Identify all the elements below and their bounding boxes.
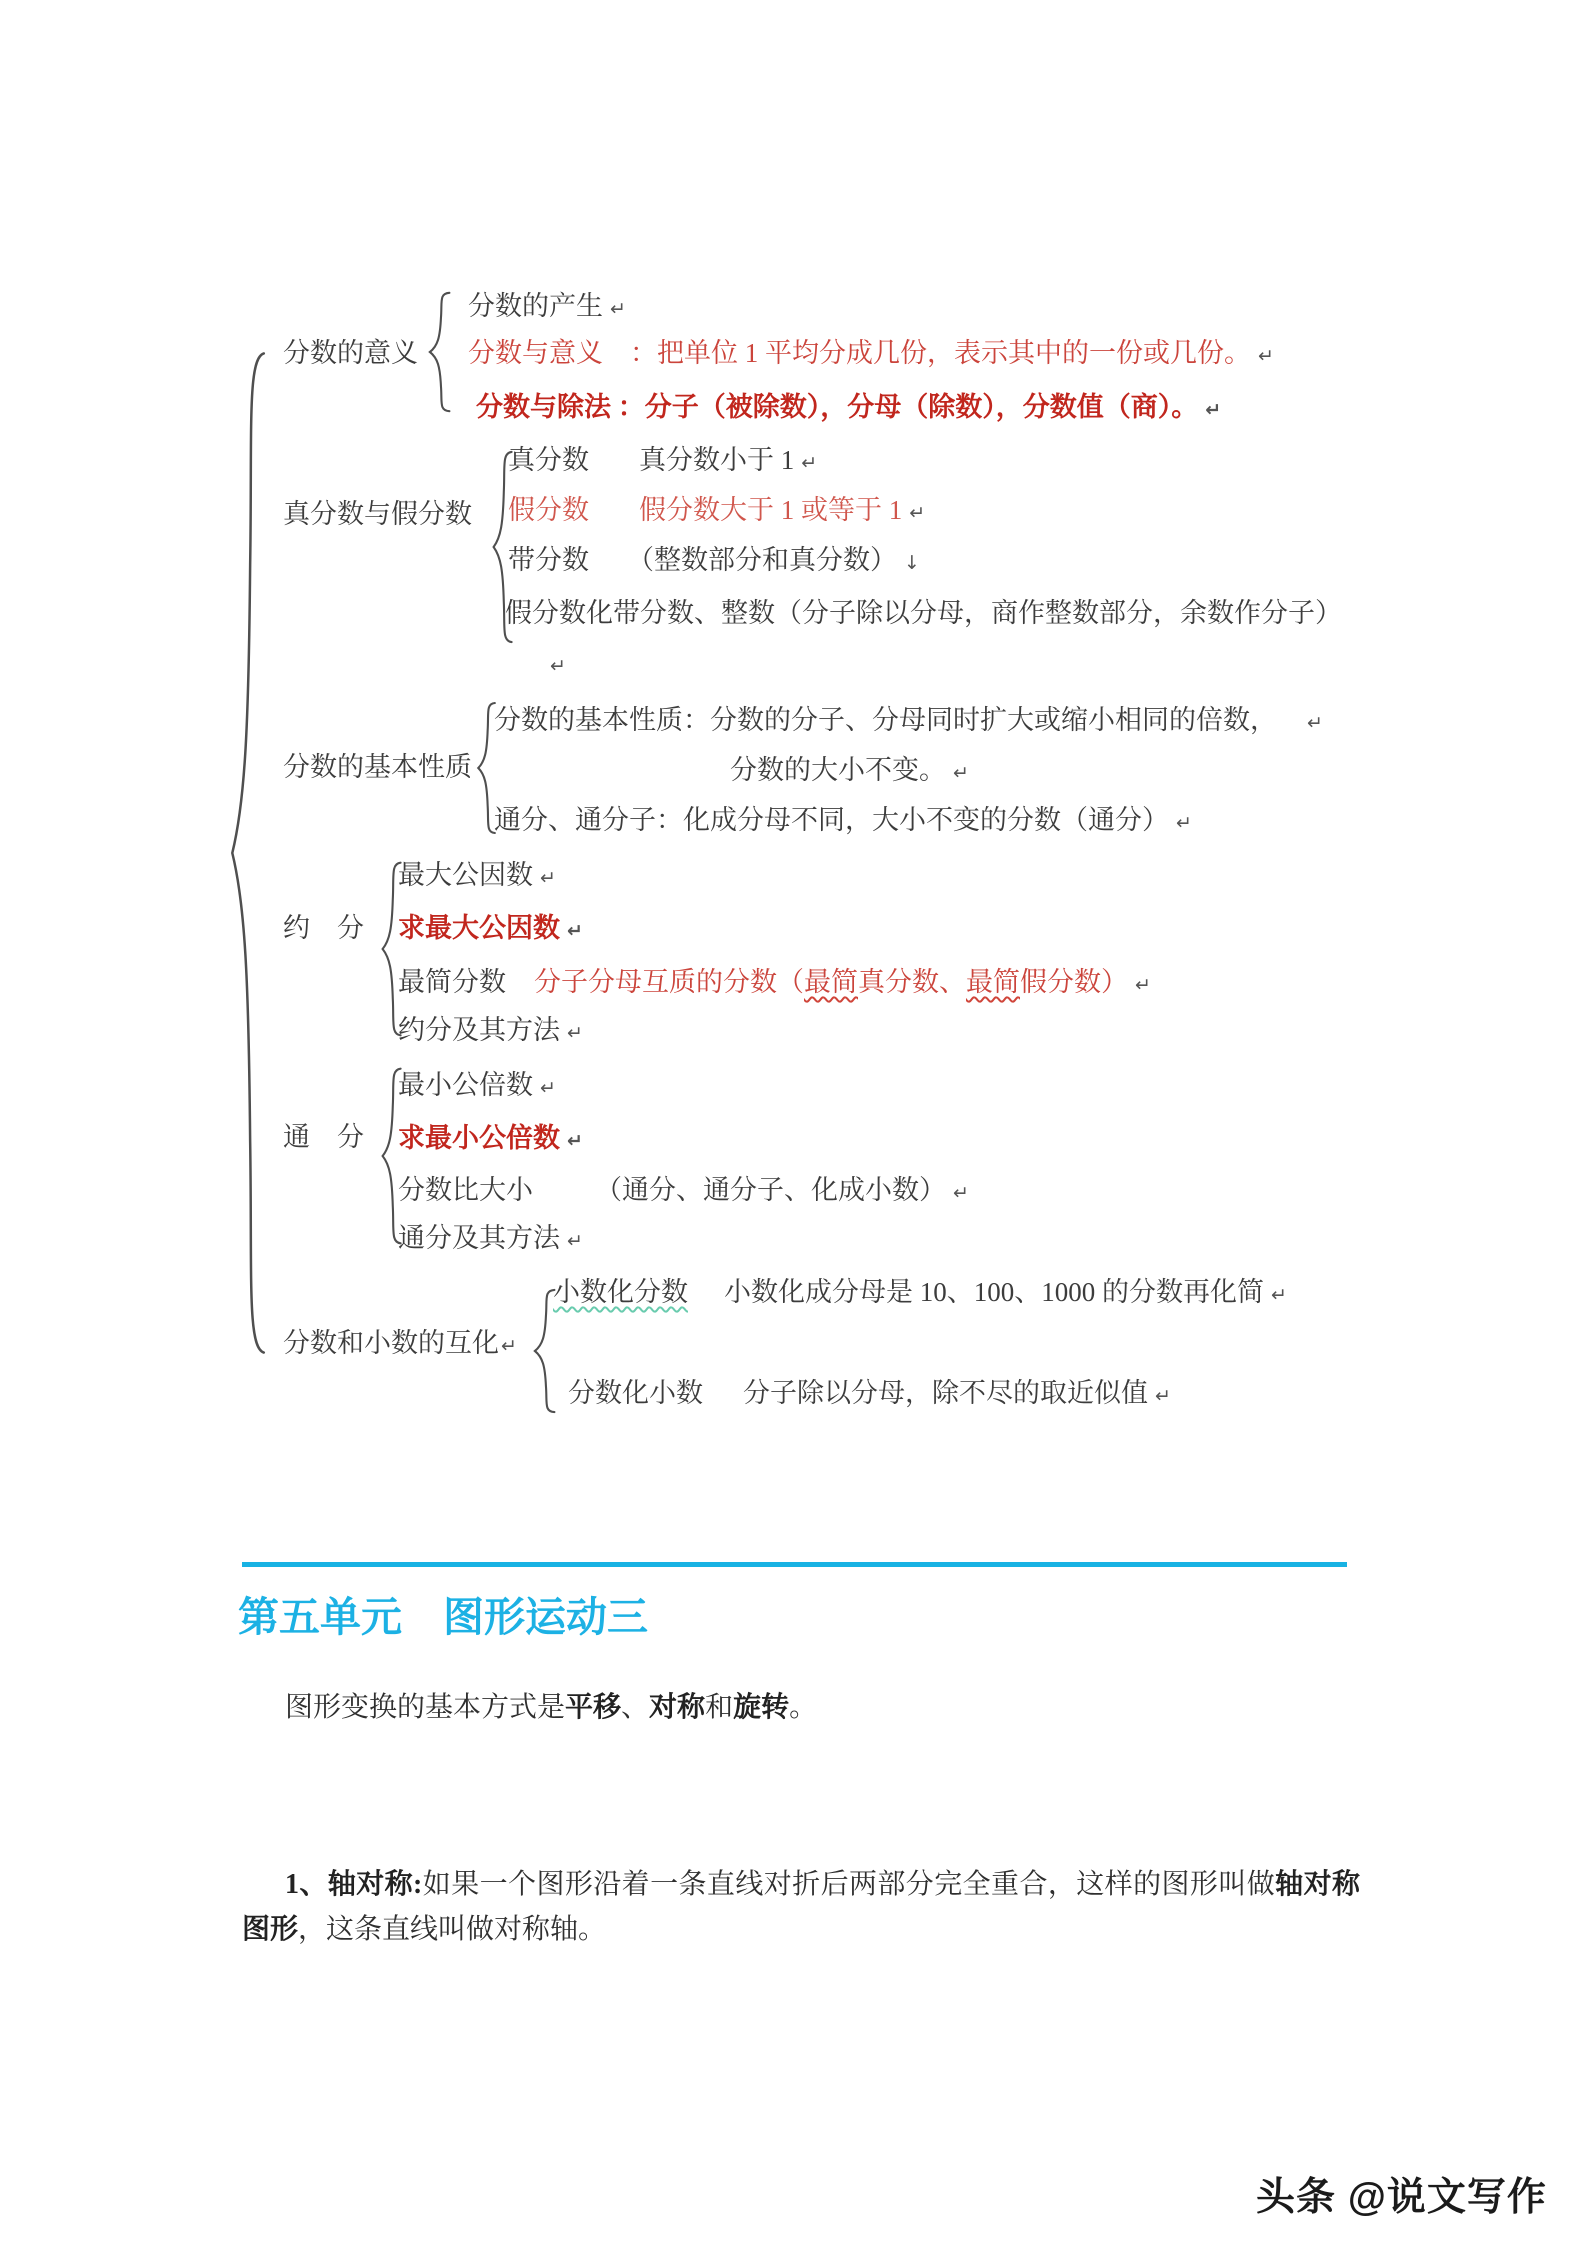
s4-item1: 最大公因数↵	[398, 858, 556, 895]
s5-item2-text: 求最小公倍数	[398, 1123, 560, 1153]
s4-item3-wavy1: 最简	[804, 967, 858, 997]
s6-item2-term: 分数化小数	[568, 1378, 703, 1408]
para2-bold-term: 1、轴对称:	[285, 1869, 422, 1900]
return-mark: ↵	[1135, 974, 1151, 996]
para1-bold-rotate: 旋转	[733, 1692, 789, 1723]
section-divider-rule	[242, 1562, 1347, 1567]
s4-item4: 约分及其方法↵	[398, 1013, 583, 1050]
s6-label: 分数和小数的互化↵	[283, 1326, 517, 1363]
s4-item3-desc-b: 真分数、	[858, 967, 966, 997]
return-mark: ↵	[567, 1230, 583, 1252]
s3-label: 分数的基本性质	[283, 750, 472, 784]
para2-a: 如果一个图形沿着一条直线对折后两部分完全重合，这样的图形叫做	[422, 1869, 1275, 1900]
s2-label-text: 真分数与假分数	[283, 499, 472, 529]
s4-label: 约 分	[283, 911, 364, 945]
s1-item2-text: 分数与意义 ：把单位 1 平均分成几份，表示其中的一份或几份。	[468, 338, 1251, 368]
s4-item3-desc-a: 分子分母互质的分数（	[534, 967, 804, 997]
s5-item1-text: 最小公倍数	[398, 1070, 533, 1100]
s1-item3: 分数与除法 ：分子（被除数），分母（除数），分数值（商）。↵	[476, 390, 1221, 427]
return-mark: ↵	[501, 1335, 517, 1357]
return-mark: ↵	[550, 655, 566, 677]
return-mark: ↵	[567, 1022, 583, 1044]
para2-c: ，这条直线叫做对称轴。	[298, 1914, 606, 1945]
s1-item2: 分数与意义 ：把单位 1 平均分成几份，表示其中的一份或几份。↵	[468, 336, 1274, 373]
s4-item3-term: 最简分数	[398, 967, 506, 997]
para-axis-symmetry: 1、轴对称:如果一个图形沿着一条直线对折后两部分完全重合，这样的图形叫做轴对称图…	[242, 1862, 1360, 1952]
s2-label: 真分数与假分数	[283, 497, 472, 531]
return-mark: ↵	[1258, 345, 1274, 367]
s5-item4: 通分及其方法↵	[398, 1221, 583, 1258]
s1-item1-text: 分数的产生	[468, 291, 603, 321]
return-mark: ↵	[953, 1182, 969, 1204]
s3-item1-text: 分数的基本性质：分数的分子、分母同时扩大或缩小相同的倍数，	[494, 705, 1277, 735]
return-mark: ↵	[1271, 1284, 1287, 1306]
s6-item2-desc: 分子除以分母，除不尽的取近似值	[743, 1378, 1148, 1408]
s1-item1: 分数的产生↵	[468, 289, 626, 326]
return-mark: ↵	[567, 920, 583, 942]
s4-item3-desc: 分子分母互质的分数（最简真分数、最简假分数）	[534, 967, 1128, 997]
s4-item3-wavy2: 最简	[966, 967, 1020, 997]
s5-item3-desc: （通分、通分子、化成小数）	[595, 1175, 946, 1205]
document-page: 分数的意义 分数的产生↵ 分数与意义 ：把单位 1 平均分成几份，表示其中的一份…	[0, 0, 1587, 2245]
s2-item1-desc: 真分数小于 1	[639, 445, 794, 475]
s3-item3-text: 通分、通分子：化成分母不同，大小不变的分数（通分）	[494, 805, 1169, 835]
s6-item2: 分数化小数分子除以分母，除不尽的取近似值↵	[568, 1376, 1171, 1413]
down-arrow-mark: ↓	[904, 552, 920, 574]
para-transform-basics: 图形变换的基本方式是平移、对称和旋转。	[242, 1685, 817, 1730]
return-mark: ↵	[567, 1130, 583, 1152]
s2-item3-term: 带分数	[508, 545, 589, 575]
s5-item1: 最小公倍数↵	[398, 1068, 556, 1105]
return-mark: ↵	[1176, 812, 1192, 834]
s2-item2-desc: 假分数大于 1 或等于 1	[639, 495, 902, 525]
para1-s3: 。	[789, 1692, 817, 1723]
s1-brace	[426, 291, 452, 413]
s2-item1: 真分数真分数小于 1↵	[508, 443, 817, 480]
return-mark: ↵	[1205, 399, 1221, 421]
s4-item1-text: 最大公因数	[398, 860, 533, 890]
s4-item3-desc-c: 假分数）	[1020, 967, 1128, 997]
s6-label-text: 分数和小数的互化	[283, 1328, 499, 1358]
s4-item4-text: 约分及其方法	[398, 1015, 560, 1045]
watermark-toutiao: 头条 @说文写作	[1256, 2166, 1547, 2222]
root-brace	[226, 338, 268, 1368]
return-mark: ↵	[953, 762, 969, 784]
s1-item3-text: 分数与除法 ：分子（被除数），分母（除数），分数值（商）。	[476, 392, 1198, 422]
s2-item4: 假分数化带分数、整数（分子除以分母，商作整数部分，余数作分子）	[505, 596, 1342, 630]
s3-item1: 分数的基本性质：分数的分子、分母同时扩大或缩小相同的倍数，↵	[494, 703, 1323, 740]
para1-s2: 和	[705, 1692, 733, 1723]
s5-item2: 求最小公倍数↵	[398, 1121, 583, 1158]
s2-item2-term: 假分数	[508, 495, 589, 525]
s2-stray-return: ↵	[550, 646, 566, 683]
return-mark: ↵	[801, 452, 817, 474]
s2-item4-text: 假分数化带分数、整数（分子除以分母，商作整数部分，余数作分子）	[505, 598, 1342, 628]
s2-item3-desc: （整数部分和真分数）	[627, 545, 897, 575]
s6-item1-desc: 小数化成分母是 10、100、1000 的分数再化简	[724, 1277, 1264, 1307]
return-mark: ↵	[610, 298, 626, 320]
para1-a: 图形变换的基本方式是	[285, 1692, 565, 1723]
para1-bold-symmetry: 对称	[649, 1692, 705, 1723]
s4-label-text: 约 分	[283, 913, 364, 943]
s2-item2: 假分数假分数大于 1 或等于 1↵	[508, 493, 925, 530]
s5-label-text: 通 分	[283, 1122, 364, 1152]
return-mark: ↵	[540, 867, 556, 889]
s1-label-text: 分数的意义	[283, 338, 418, 368]
return-mark: ↵	[909, 502, 925, 524]
s5-item3: 分数比大小（通分、通分子、化成小数）↵	[398, 1173, 969, 1210]
s2-item1-term: 真分数	[508, 445, 589, 475]
s3-item2-text: 分数的大小不变。	[730, 755, 946, 785]
return-mark: ↵	[1307, 712, 1323, 734]
s6-item1-term: 小数化分数	[553, 1277, 688, 1307]
s4-item2: 求最大公因数↵	[398, 911, 583, 948]
return-mark: ↵	[540, 1077, 556, 1099]
para1-s1: 、	[621, 1692, 649, 1723]
return-mark: ↵	[1155, 1385, 1171, 1407]
s4-item2-text: 求最大公因数	[398, 913, 560, 943]
s3-item3: 通分、通分子：化成分母不同，大小不变的分数（通分）↵	[494, 803, 1192, 840]
s3-item2: 分数的大小不变。↵	[730, 753, 969, 790]
s5-label: 通 分	[283, 1120, 364, 1154]
s3-label-text: 分数的基本性质	[283, 752, 472, 782]
s4-item3: 最简分数分子分母互质的分数（最简真分数、最简假分数）↵	[398, 965, 1151, 1002]
s5-item4-text: 通分及其方法	[398, 1223, 560, 1253]
unit5-heading: 第五单元 图形运动三	[238, 1590, 648, 1644]
s5-item3-term: 分数比大小	[398, 1175, 533, 1205]
s6-item1: 小数化分数小数化成分母是 10、100、1000 的分数再化简↵	[553, 1275, 1287, 1312]
s2-item3: 带分数（整数部分和真分数）↓	[508, 543, 920, 580]
s1-label: 分数的意义	[283, 336, 418, 370]
para1-bold-translate: 平移	[565, 1692, 621, 1723]
